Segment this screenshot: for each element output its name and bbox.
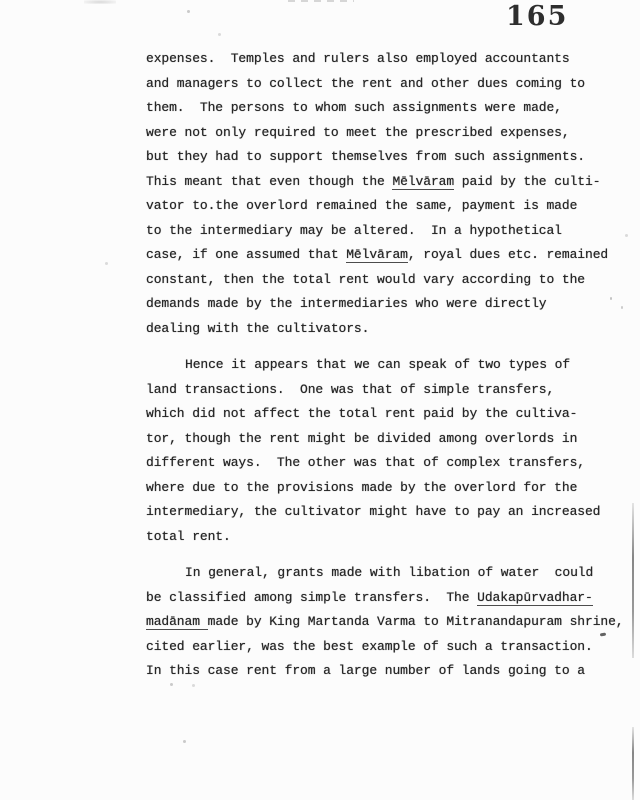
- text-line: expenses. Temples and rulers also employ…: [146, 47, 624, 72]
- text-line: them. The persons to whom such assignmen…: [146, 96, 624, 121]
- text-segment: dealing with the cultivators.: [146, 321, 369, 336]
- text-line: case, if one assumed that Mēlvāram, roya…: [146, 243, 624, 268]
- text-segment: In this case rent from a large number of…: [146, 663, 585, 678]
- scanner-edge-line: [632, 503, 634, 658]
- text-segment: but they had to support themselves from …: [146, 149, 585, 164]
- text-line: constant, then the total rent would vary…: [146, 268, 624, 293]
- noise-speck: [625, 234, 628, 237]
- text-segment: expenses. Temples and rulers also employ…: [146, 51, 570, 66]
- text-segment: where due to the provisions made by the …: [146, 480, 577, 495]
- underlined-term: Mēlvāram: [346, 247, 408, 263]
- noise-speck: [218, 33, 221, 36]
- text-line: total rent.: [146, 525, 624, 550]
- text-line: demands made by the intermediaries who w…: [146, 292, 624, 317]
- page-number: 165: [506, 1, 568, 32]
- body-text: expenses. Temples and rulers also employ…: [146, 47, 624, 684]
- text-line: vator to.the overlord remained the same,…: [146, 194, 624, 219]
- underlined-term: madānam: [146, 614, 208, 630]
- text-segment: paid by the culti-: [454, 174, 600, 189]
- text-line: to the intermediary may be altered. In a…: [146, 219, 624, 244]
- text-line: which did not affect the total rent paid…: [146, 402, 624, 427]
- text-segment: them. The persons to whom such assignmen…: [146, 100, 562, 115]
- text-line: tor, though the rent might be divided am…: [146, 427, 624, 452]
- text-segment: different ways. The other was that of co…: [146, 455, 585, 470]
- noise-speck: [192, 684, 195, 687]
- text-segment: constant, then the total rent would vary…: [146, 272, 585, 287]
- scan-smudge: [288, 0, 354, 2]
- text-line: where due to the provisions made by the …: [146, 476, 624, 501]
- scanned-document-page: 165 expenses. Temples and rulers also em…: [0, 0, 640, 800]
- text-line: be classified among simple transfers. Th…: [146, 586, 624, 611]
- underlined-term: Mēlvāram: [392, 174, 454, 190]
- text-segment: be classified among simple transfers. Th…: [146, 590, 477, 605]
- noise-speck: [187, 10, 190, 13]
- text-segment: tor, though the rent might be divided am…: [146, 431, 577, 446]
- text-line: dealing with the cultivators.: [146, 317, 624, 342]
- noise-speck: [105, 262, 108, 265]
- text-line: madānam made by King Martanda Varma to M…: [146, 610, 624, 635]
- text-segment: total rent.: [146, 529, 231, 544]
- text-line: This meant that even though the Mēlvāram…: [146, 170, 624, 195]
- text-segment: which did not affect the total rent paid…: [146, 406, 577, 421]
- text-segment: demands made by the intermediaries who w…: [146, 296, 546, 311]
- noise-speck: [170, 683, 173, 686]
- text-line: and managers to collect the rent and oth…: [146, 72, 624, 97]
- text-line: land transactions. One was that of simpl…: [146, 378, 624, 403]
- text-line: cited earlier, was the best example of s…: [146, 635, 624, 660]
- text-line: but they had to support themselves from …: [146, 145, 624, 170]
- noise-speck: [183, 740, 186, 743]
- text-segment: intermediary, the cultivator might have …: [146, 504, 600, 519]
- text-segment: to the intermediary may be altered. In a…: [146, 223, 562, 238]
- text-segment: made by King Martanda Varma to Mitranand…: [208, 614, 624, 629]
- text-segment: case, if one assumed that: [146, 247, 346, 262]
- text-segment: were not only required to meet the presc…: [146, 125, 570, 140]
- text-segment: and managers to collect the rent and oth…: [146, 76, 585, 91]
- underlined-term: Udakapūrvadhar-: [477, 590, 593, 606]
- text-segment: In general, grants made with libation of…: [185, 565, 593, 580]
- text-segment: Hence it appears that we can speak of tw…: [185, 357, 570, 372]
- text-segment: , royal dues etc. remained: [408, 247, 608, 262]
- text-line: intermediary, the cultivator might have …: [146, 500, 624, 525]
- text-segment: vator to.the overlord remained the same,…: [146, 198, 577, 213]
- noise-speck: [610, 297, 612, 300]
- text-segment: land transactions. One was that of simpl…: [146, 382, 554, 397]
- text-line: Hence it appears that we can speak of tw…: [146, 353, 624, 378]
- text-line: In this case rent from a large number of…: [146, 659, 624, 684]
- text-segment: This meant that even though the: [146, 174, 392, 189]
- scanner-edge-line: [632, 727, 634, 800]
- noise-speck: [621, 306, 623, 309]
- text-line: In general, grants made with libation of…: [146, 561, 624, 586]
- text-line: were not only required to meet the presc…: [146, 121, 624, 146]
- text-segment: cited earlier, was the best example of s…: [146, 639, 593, 654]
- scan-smudge: [84, 0, 116, 4]
- text-line: different ways. The other was that of co…: [146, 451, 624, 476]
